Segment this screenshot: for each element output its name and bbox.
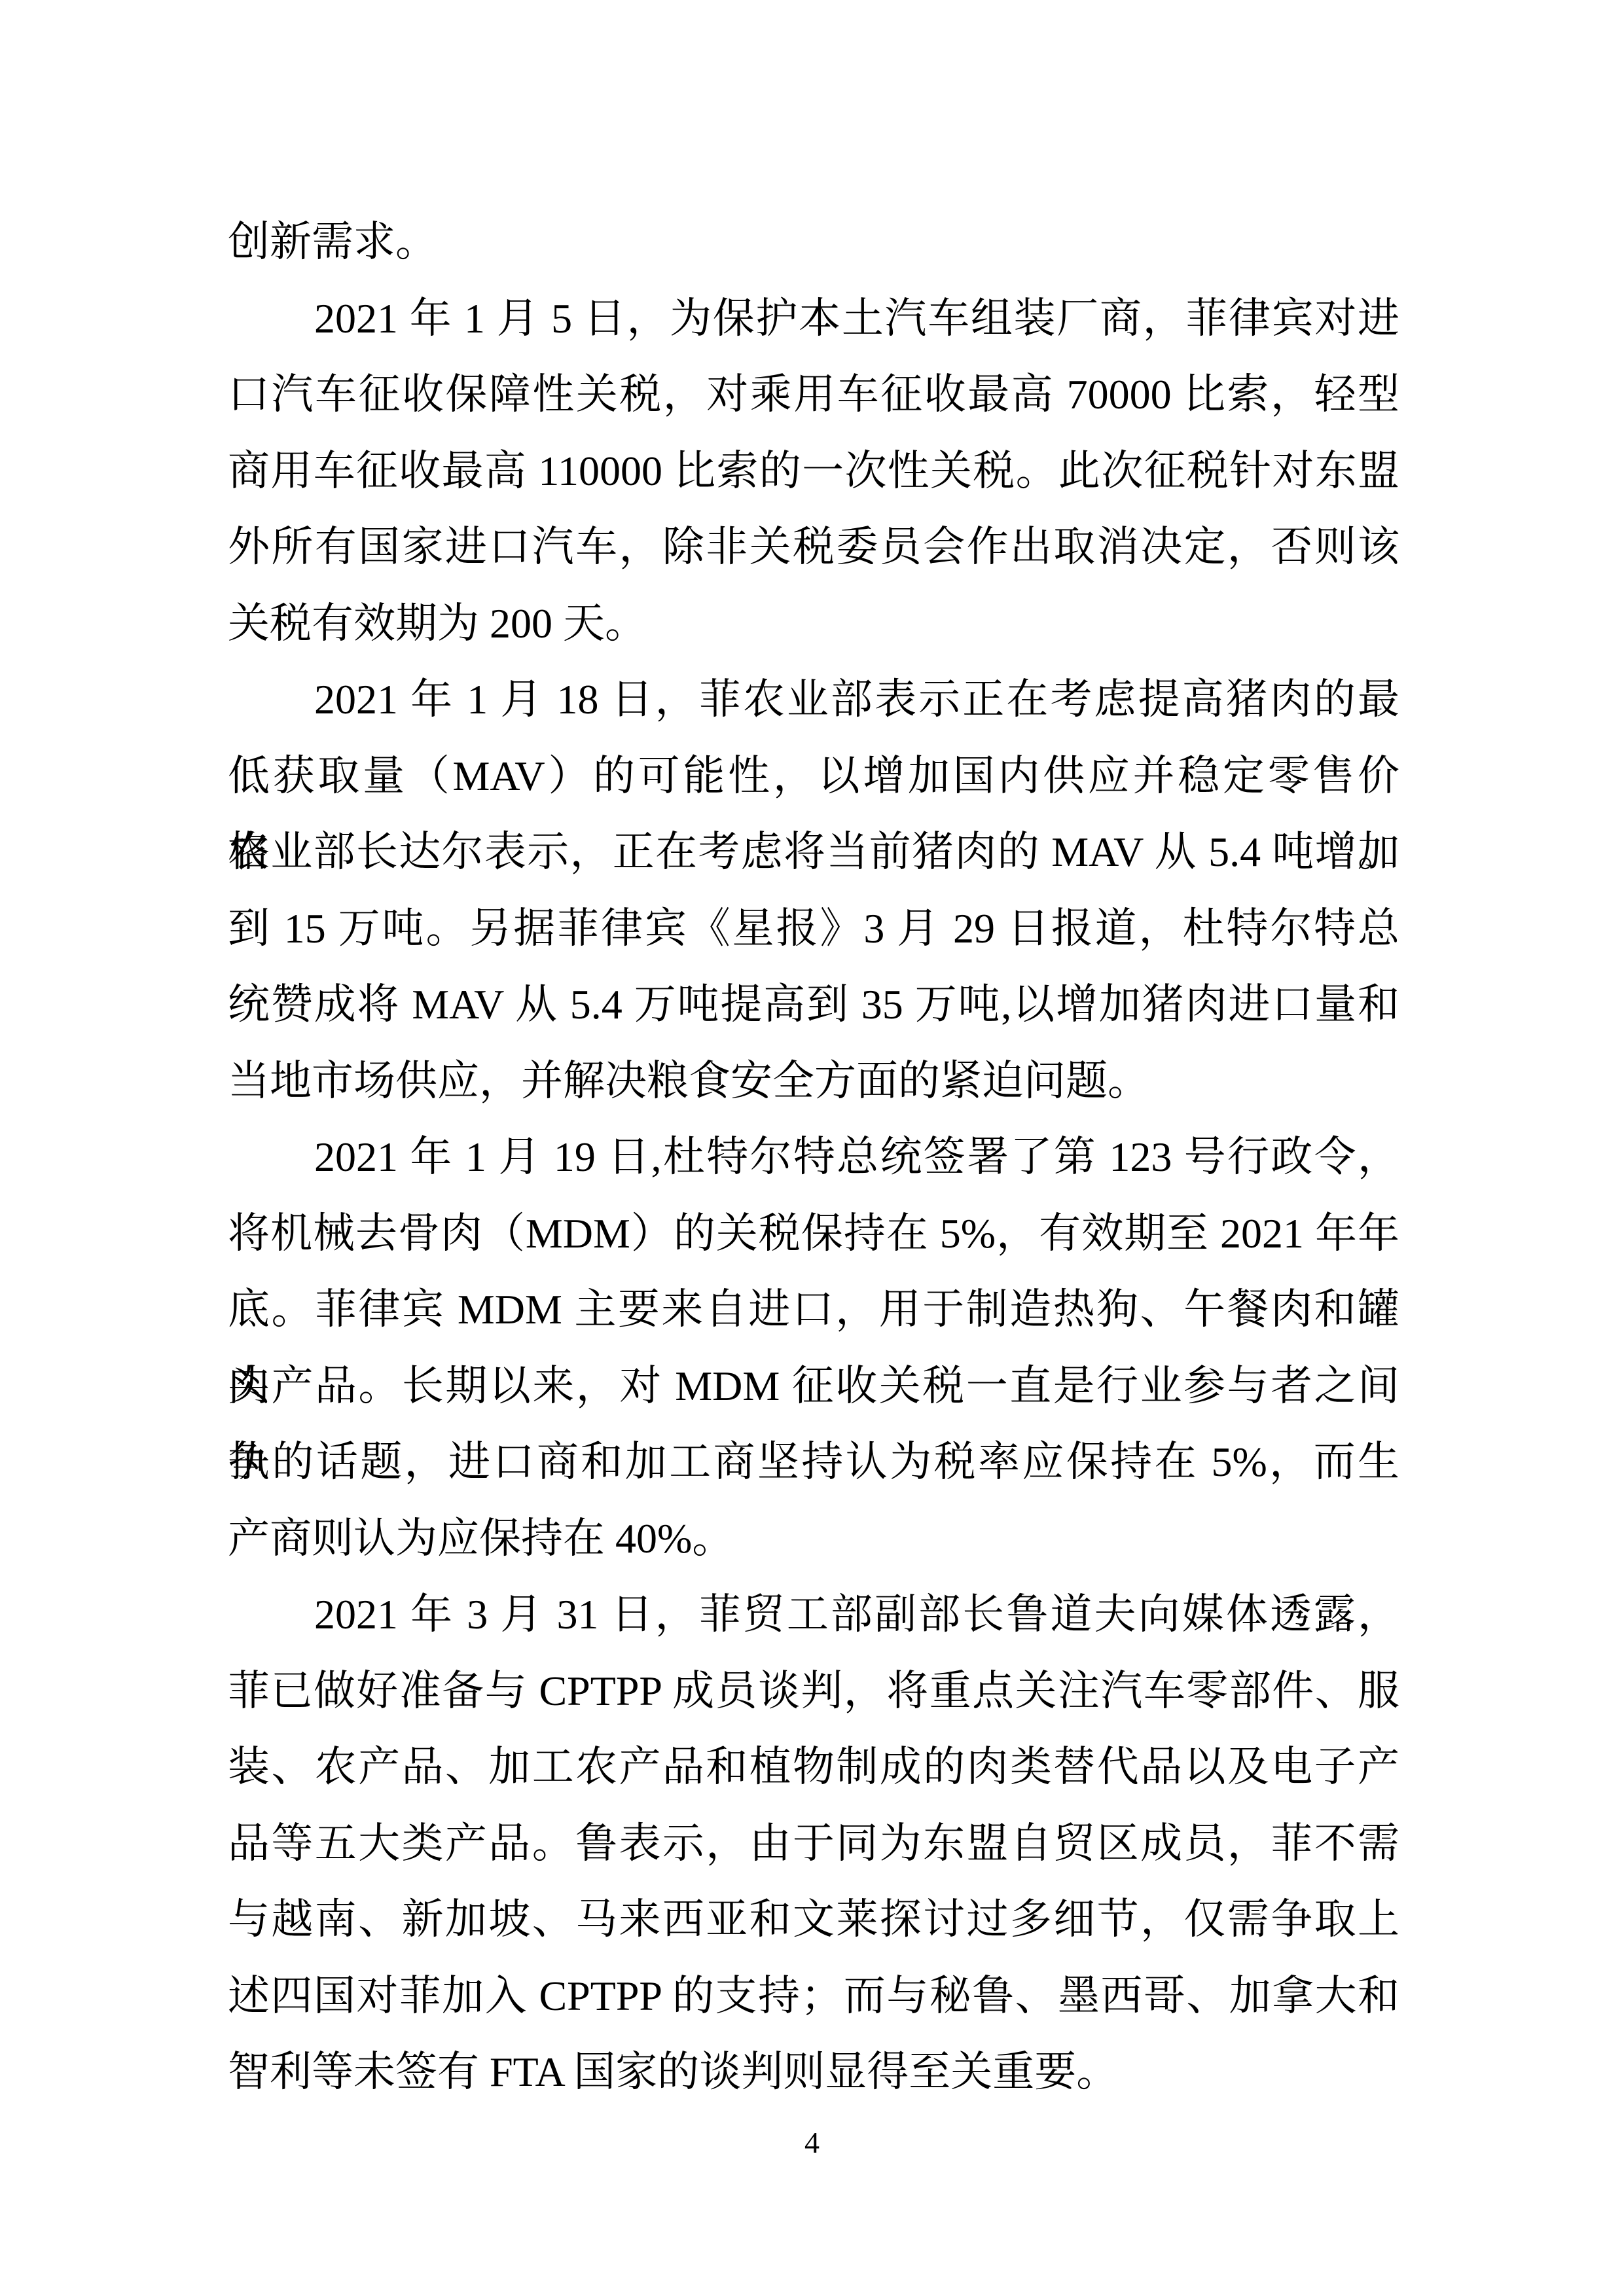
text-line: 将机械去骨肉（MDM）的关税保持在 5%，有效期至 2021 年年 <box>228 1196 1399 1272</box>
text-line: 执的话题，进口商和加工商坚持认为税率应保持在 5%，而生 <box>228 1424 1399 1501</box>
text-line: 2021 年 1 月 18 日，菲农业部表示正在考虑提高猪肉的最 <box>228 662 1399 738</box>
text-line: 2021 年 1 月 19 日,杜特尔特总统签署了第 123 号行政令， <box>228 1119 1399 1196</box>
document-page: 创新需求。 2021 年 1 月 5 日，为保护本土汽车组装厂商，菲律宾对进 口… <box>0 0 1624 2296</box>
text-line: 创新需求。 <box>228 204 1399 281</box>
text-line: 口汽车征收保障性关税，对乘用车征收最高 70000 比索，轻型 <box>228 357 1399 433</box>
text-line: 肉产品。长期以来，对 MDM 征收关税一直是行业参与者之间争 <box>228 1348 1399 1425</box>
text-block: 创新需求。 2021 年 1 月 5 日，为保护本土汽车组装厂商，菲律宾对进 口… <box>228 204 1399 2111</box>
text-line: 菲已做好准备与 CPTPP 成员谈判，将重点关注汽车零部件、服 <box>228 1653 1399 1730</box>
text-line: 智利等未签有 FTA 国家的谈判则显得至关重要。 <box>228 2034 1399 2111</box>
text-line: 低获取量（MAV）的可能性，以增加国内供应并稳定零售价格。 <box>228 738 1399 815</box>
text-line: 农业部长达尔表示，正在考虑将当前猪肉的 MAV 从 5.4 吨增加 <box>228 814 1399 891</box>
text-line: 外所有国家进口汽车，除非关税委员会作出取消决定，否则该 <box>228 509 1399 586</box>
text-line: 到 15 万吨。另据菲律宾《星报》3 月 29 日报道，杜特尔特总 <box>228 891 1399 967</box>
text-line: 与越南、新加坡、马来西亚和文莱探讨过多细节，仅需争取上 <box>228 1882 1399 1958</box>
text-line: 底。菲律宾 MDM 主要来自进口，用于制造热狗、午餐肉和罐头 <box>228 1272 1399 1348</box>
text-line: 2021 年 1 月 5 日，为保护本土汽车组装厂商，菲律宾对进 <box>228 281 1399 357</box>
page-number: 4 <box>0 2126 1624 2160</box>
text-line: 述四国对菲加入 CPTPP 的支持；而与秘鲁、墨西哥、加拿大和 <box>228 1958 1399 2035</box>
text-line: 品等五大类产品。鲁表示，由于同为东盟自贸区成员，菲不需 <box>228 1806 1399 1882</box>
text-line: 产商则认为应保持在 40%。 <box>228 1501 1399 1577</box>
text-line: 当地市场供应，并解决粮食安全方面的紧迫问题。 <box>228 1043 1399 1120</box>
text-line: 关税有效期为 200 天。 <box>228 586 1399 662</box>
text-line: 商用车征收最高 110000 比索的一次性关税。此次征税针对东盟 <box>228 433 1399 510</box>
text-line: 统赞成将 MAV 从 5.4 万吨提高到 35 万吨,以增加猪肉进口量和 <box>228 967 1399 1043</box>
text-line: 装、农产品、加工农产品和植物制成的肉类替代品以及电子产 <box>228 1729 1399 1806</box>
text-line: 2021 年 3 月 31 日，菲贸工部副部长鲁道夫向媒体透露， <box>228 1577 1399 1653</box>
